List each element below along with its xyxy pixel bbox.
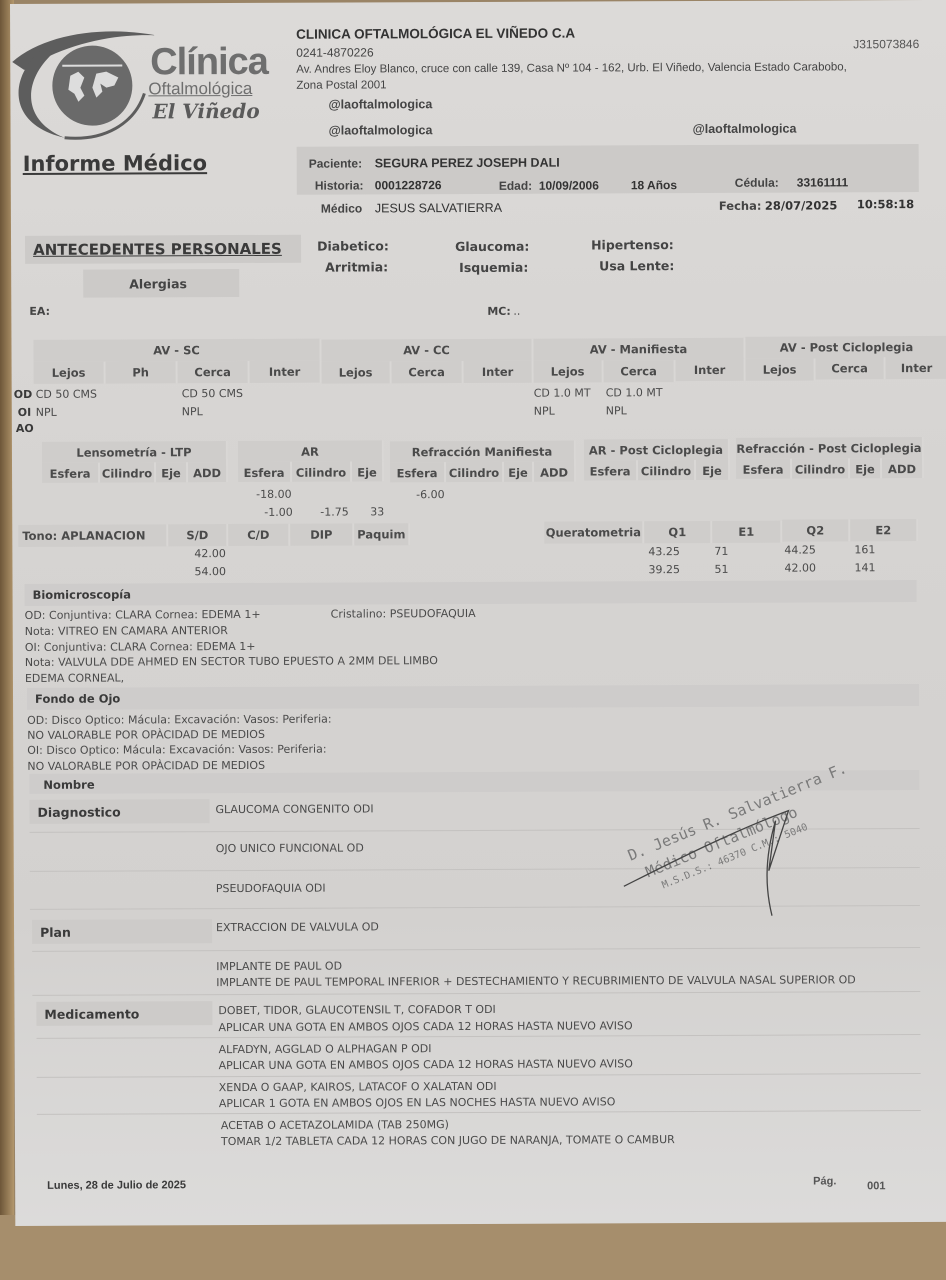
col-lejos: Lejos [746,358,816,380]
e1-od: 71 [714,545,728,558]
ar-eje-oi: 33 [370,505,384,518]
footer-page-number: 001 [867,1180,885,1192]
diabetico-label: Diabetico: [317,238,389,253]
plan-label: Plan [32,919,212,944]
col-e1: E1 [712,521,782,543]
col-add: ADD [534,462,576,482]
ar-esfera-od: -18.00 [256,488,292,501]
col-eje: Eje [696,460,730,480]
ar-header: AR [238,440,384,462]
logo-text-clinica: Clínica [150,41,268,85]
col-eje: Eje [850,458,882,478]
social-handle: @laoftalmologica [693,122,797,136]
social-handle: @laoftalmologica [329,123,433,137]
plan-item: EXTRACCION DE VALVULA OD [216,920,379,934]
av-table: AV - SC AV - CC AV - Manifiesta AV - Pos… [10,0,946,4]
plan-item: IMPLANTE DE PAUL TEMPORAL INFERIOR + DES… [216,973,856,989]
divider [37,1110,921,1115]
tono-value-oi: 54.00 [194,565,226,578]
col-cilindro: Cilindro [100,462,156,482]
logo-text-el-vinedo: El Viñedo [152,99,259,123]
edad-label: Edad: [499,179,532,193]
cedula-label: Cédula: [735,176,779,190]
eye-ao-label: AO [16,422,34,435]
divider [32,947,920,952]
e2-od: 161 [854,543,875,556]
refraccion-post-cicloplegia-header: Refracción - Post Cicloplegia [736,437,924,459]
medicamento-name: DOBET, TIDOR, GLAUCOTENSIL T, COFADOR T … [218,1003,495,1017]
col-cerca: Cerca [392,361,464,383]
eye-oi-label: OI [18,406,32,419]
av-sc-cerca-oi: NPL [182,405,203,418]
refraction-tables: Lensometría - LTP Esfera Cilindro Eje AD… [10,0,946,4]
av-sc-cerca-od: CD 50 CMS [182,387,243,400]
col-lejos: Lejos [322,361,392,383]
clinic-rif: J315073846 [853,37,919,51]
divider [37,1034,921,1039]
cedula-value: 33161111 [797,175,848,189]
biomicroscopia-oi-nota2: EDEMA CORNEAL, [25,672,124,685]
divider [32,991,920,996]
col-cilindro: Cilindro [792,458,850,478]
footer-date: Lunes, 28 de Julio de 2025 [47,1179,186,1192]
biomicroscopia-od-nota: Nota: VITREO EN CAMARA ANTERIOR [25,624,228,638]
av-manifiesta-header: AV - Manifiesta [533,338,745,361]
medicamento-name: ALFADYN, AGGLAD O ALPHAGAN P ODI [219,1042,432,1056]
col-ph: Ph [106,361,178,383]
medicamento-instructions: TOMAR 1/2 TABLETA CADA 12 HORAS CON JUGO… [221,1133,675,1148]
col-eje: Eje [352,461,384,481]
mc-label: MC: [487,305,510,318]
queratometria-label: Queratometria [544,521,644,543]
fondo-oi-text: NO VALORABLE POR OPÀCIDAD DE MEDIOS [27,759,265,773]
mc-value: .. [513,305,520,318]
medical-report-page: Clínica Oftalmológica El Viñedo CLINICA … [10,0,946,1226]
eye-od-label: OD [14,388,33,401]
col-cerca: Cerca [178,361,250,383]
av-sc-lejos-oi: NPL [36,406,57,419]
diagnostico-label: Diagnostico [29,799,209,824]
q2-oi: 42.00 [784,561,816,574]
diagnostico-item: OJO UNICO FUNCIONAL OD [216,841,364,855]
col-inter: Inter [676,359,746,381]
col-paquim: Paquim [354,523,410,545]
col-q1: Q1 [644,521,712,543]
av-post-cicloplegia-header: AV - Post Cicloplegia [745,336,946,359]
av-man-cerca-oi: NPL [606,404,627,417]
plan-item: IMPLANTE DE PAUL OD [216,960,342,974]
footer-page-label: Pág. [813,1175,836,1187]
man-esfera-od: -6.00 [416,488,445,501]
col-q2: Q2 [782,519,850,541]
age-years: 18 Años [631,178,677,192]
col-cerca: Cerca [604,360,676,382]
biomicroscopia-header: Biomicroscopía [25,580,917,606]
col-add: ADD [882,458,924,478]
medicamento-instructions: APLICAR 1 GOTA EN AMBOS OJOS EN LAS NOCH… [219,1095,616,1110]
col-cilindro: Cilindro [638,460,696,480]
medicamento-instructions: APLICAR UNA GOTA EN AMBOS OJOS CADA 12 H… [218,1019,632,1034]
col-esfera: Esfera [238,462,292,482]
col-cilindro: Cilindro [446,462,504,482]
av-cc-header: AV - CC [321,339,533,362]
edad-value: 10/09/2006 [539,178,599,192]
col-esfera: Esfera [584,460,638,480]
col-cilindro: Cilindro [292,462,352,482]
tono-value-od: 42.00 [194,547,226,560]
col-eje: Eje [504,462,534,482]
av-man-lejos-oi: NPL [534,405,555,418]
usa-lente-label: Usa Lente: [599,258,674,273]
col-lejos: Lejos [534,360,604,382]
fondo-oi-line: OI: Disco Optico: Mácula: Excavación: Va… [27,743,326,757]
medico-value: JESUS SALVATIERRA [375,201,502,216]
medicamento-instructions: APLICAR UNA GOTA EN AMBOS OJOS CADA 12 H… [219,1057,633,1072]
biomicroscopia-oi-nota: Nota: VALVULA DDE AHMED EN SECTOR TUBO E… [25,654,438,669]
historia-value: 0001228726 [375,178,442,192]
hora-value: 10:58:18 [857,197,914,211]
fecha-value: 28/07/2025 [765,198,837,212]
social-handle: @laoftalmologica [328,97,432,111]
av-man-lejos-od: CD 1.0 MT [534,386,591,399]
e2-oi: 141 [854,561,875,574]
biomicroscopia-od-cristalino: Cristalino: PSEUDOFAQUIA [331,607,476,621]
alergias-label: Alergias [129,276,187,291]
clinic-address-line2: Zona Postal 2001 [296,79,386,91]
clinic-name: CLINICA OFTALMOLÓGICA EL VIÑEDO C.A [296,26,575,42]
av-man-cerca-od: CD 1.0 MT [606,386,663,399]
isquemia-label: Isquemia: [459,260,528,275]
fondo-od-text: NO VALORABLE POR OPÀCIDAD DE MEDIOS [27,728,265,742]
ar-post-cicloplegia-header: AR - Post Cicloplegia [584,439,730,461]
biomicroscopia-oi: OI: Conjuntiva: CLARA Cornea: EDEMA 1+ [25,640,256,654]
clinic-logo: Clínica Oftalmológica El Viñedo [4,13,295,144]
col-sd: S/D [168,524,228,546]
col-cerca: Cerca [816,357,886,379]
signature-icon [613,790,834,921]
hipertenso-label: Hipertenso: [591,237,674,252]
refraccion-manifiesta-header: Refracción Manifiesta [390,441,576,463]
col-inter: Inter [886,357,946,379]
q1-od: 43.25 [648,545,680,558]
medico-label: Médico [321,201,362,215]
historia-label: Historia: [315,178,364,192]
patient-label: Paciente: [309,156,362,170]
col-cd: C/D [228,524,290,546]
col-add: ADD [188,462,228,482]
col-esfera: Esfera [736,459,792,479]
medicamento-label: Medicamento [36,1001,212,1026]
eye-globe-logo-icon [4,13,155,144]
av-sc-lejos-od: CD 50 CMS [36,388,97,401]
ea-label: EA: [29,305,50,318]
logo-text-oftalmologica: Oftalmológica [148,79,252,99]
q2-od: 44.25 [784,543,816,556]
divider [37,1073,921,1078]
e1-oi: 51 [714,563,728,576]
biomicroscopia-od: OD: Conjuntiva: CLARA Cornea: EDEMA 1+ [25,608,261,622]
ar-esfera-oi: -1.00 [264,506,293,519]
ar-cilindro-oi: -1.75 [320,506,349,519]
patient-name: SEGURA PEREZ JOSEPH DALI [375,156,560,171]
diagnostico-item: PSEUDOFAQUIA ODI [216,882,326,895]
clinic-address-line1: Av. Andres Eloy Blanco, cruce con calle … [296,61,847,75]
antecedentes-title: ANTECEDENTES PERSONALES [33,240,282,259]
lensometria-header: Lensometría - LTP [42,441,228,463]
col-eje: Eje [156,462,188,482]
glaucoma-label: Glaucoma: [455,239,529,254]
tono-label: Tono: APLANACION [18,524,168,547]
col-inter: Inter [250,361,322,383]
diagnostico-item: GLAUCOMA CONGENITO ODI [215,802,373,816]
col-esfera: Esfera [390,462,446,482]
fondo-od-line: OD: Disco Optico: Mácula: Excavación: Va… [27,713,332,727]
clinic-phone: 0241-4870226 [296,45,373,59]
report-title: Informe Médico [23,151,207,176]
col-dip: DIP [290,524,354,546]
arritmia-label: Arritmia: [325,259,388,274]
col-e2: E2 [850,519,918,541]
fecha-label: Fecha: [719,199,762,213]
medicamento-name: XENDA O GAAP, KAIROS, LATACOF O XALATAN … [219,1080,497,1094]
col-esfera: Esfera [42,463,100,483]
col-inter: Inter [464,361,534,383]
medicamento-name: ACETAB O ACETAZOLAMIDA (TAB 250MG) [221,1118,449,1132]
q1-oi: 39.25 [648,563,680,576]
col-lejos: Lejos [34,362,106,384]
fondo-de-ojo-header: Fondo de Ojo [27,684,919,710]
av-sc-header: AV - SC [33,339,321,362]
